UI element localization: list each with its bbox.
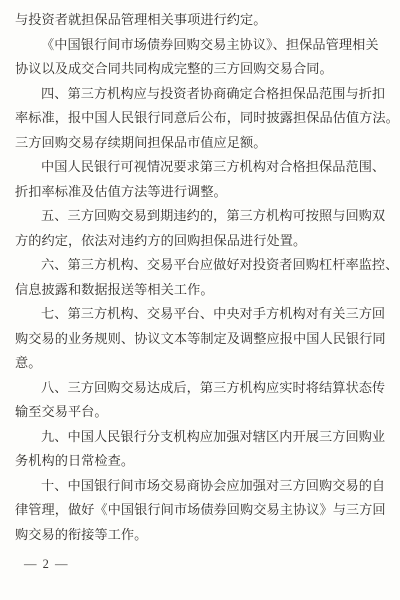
body-line: 中国人民银行可视情况要求第三方机构对合格担保品范围、 — [15, 155, 391, 180]
body-line: 六、第三方机构、交易平台应做好对投资者回购杠杆率监控、 — [15, 253, 391, 278]
body-line: 折扣率标准及估值方法等进行调整。 — [15, 180, 391, 205]
body-line: 意。 — [15, 351, 391, 376]
body-line: 输至交易平台。 — [15, 400, 391, 425]
body-line: 购交易的衔接等工作。 — [15, 523, 391, 548]
body-line: 购交易的业务规则、协议文本等制定及调整应报中国人民银行同 — [15, 327, 391, 352]
body-line: 四、第三方机构应与投资者协商确定合格担保品范围与折扣 — [15, 82, 391, 107]
body-line: 七、第三方机构、交易平台、中央对手方机构对有关三方回 — [15, 302, 391, 327]
body-line: 八、三方回购交易达成后，第三方机构应实时将结算状态传 — [15, 376, 391, 401]
body-line: 九、中国人民银行分支机构应加强对辖区内开展三方回购业 — [15, 425, 391, 450]
body-line: 率标准，报中国人民银行同意后公布，同时披露担保品估值方法。 — [15, 106, 391, 131]
body-line: 十、中国银行间市场交易商协会应加强对三方回购交易的自 — [15, 474, 391, 499]
body-line: 信息披露和数据报送等相关工作。 — [15, 278, 391, 303]
body-line: 三方回购交易存续期间担保品市值应足额。 — [15, 131, 391, 156]
document-page: 与投资者就担保品管理相关事项进行约定。 《中国银行间市场债券回购交易主协议》、担… — [0, 0, 400, 600]
page-number: — 2 — — [24, 554, 69, 574]
body-line: 务机构的日常检查。 — [15, 449, 391, 474]
body-line: 方的约定，依法对违约方的回购担保品进行处置。 — [15, 229, 391, 254]
body-line: 与投资者就担保品管理相关事项进行约定。 — [15, 8, 391, 33]
body-text: 与投资者就担保品管理相关事项进行约定。 《中国银行间市场债券回购交易主协议》、担… — [15, 8, 391, 547]
body-line: 《中国银行间市场债券回购交易主协议》、担保品管理相关 — [15, 33, 391, 58]
body-line: 律管理，做好《中国银行间市场债券回购交易主协议》与三方回 — [15, 498, 391, 523]
body-line: 五、三方回购交易到期违约的，第三方机构可按照与回购双 — [15, 204, 391, 229]
body-line: 协议以及成交合同共同构成完整的三方回购交易合同。 — [15, 57, 391, 82]
